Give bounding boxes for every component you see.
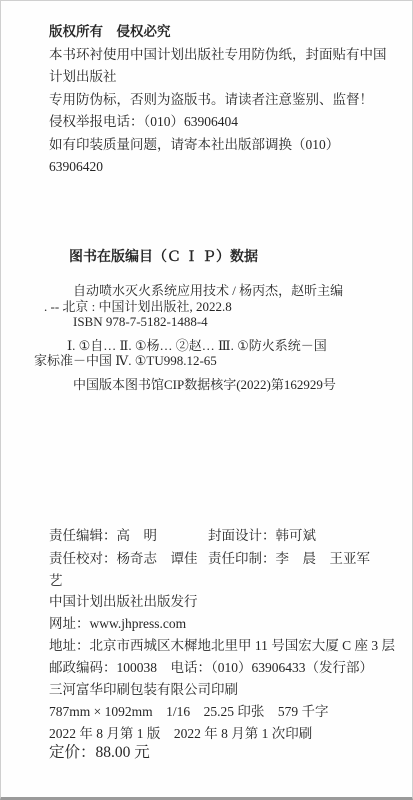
staff-row-1: 责任编辑：高 明 封面设计：韩可斌 (49, 525, 396, 548)
cip-publisher-year-line: . -- 北京 : 中国计划出版社, 2022.8 (44, 299, 396, 315)
proofreaders: 责任校对：杨奇志 谭佳艺 (49, 548, 208, 593)
price-block: 定价：88.00 元 (49, 742, 150, 764)
print-supervisors: 责任印制：李 晨 王亚军 (208, 548, 370, 593)
cip-title-authors-line: 自动喷水灭火系统应用技术 / 杨丙杰，赵昕主编 (73, 283, 396, 299)
piracy-report-phone-line: 侵权举报电话：（010）63906404 (49, 111, 388, 134)
cip-classification-line-1: Ⅰ. ①自… Ⅱ. ①杨… ②赵… Ⅲ. ①防火系统－国 (67, 338, 396, 354)
copyright-notice-heading: 版权所有 侵权必究 (49, 21, 388, 44)
editorial-staff-block: 责任编辑：高 明 封面设计：韩可斌 责任校对：杨奇志 谭佳艺 责任印制：李 晨 … (49, 525, 396, 593)
cover-designer: 封面设计：韩可斌 (208, 525, 316, 548)
publisher-info-block: 中国计划出版社出版发行 网址：www.jhpress.com 地址：北京市西城区… (49, 591, 396, 701)
book-colophon-page: 版权所有 侵权必究 本书环衬使用中国计划出版社专用防伪纸，封面贴有中国计划出版社… (0, 0, 413, 800)
anti-counterfeit-line-2: 专用防伪标，否则为盗版书。请读者注意鉴别、监督！ (49, 89, 388, 112)
publisher-name-line: 中国计划出版社出版发行 (49, 591, 396, 613)
staff-row-2: 责任校对：杨奇志 谭佳艺 责任印制：李 晨 王亚军 (49, 548, 396, 593)
printing-company-line: 三河富华印刷包装有限公司印刷 (49, 679, 396, 701)
cip-record-number-line: 中国版本图书馆CIP数据核字(2022)第162929号 (73, 377, 396, 393)
printing-spec-block: 787mm × 1092mm 1/16 25.25 印张 579 千字 2022… (49, 701, 396, 745)
cip-header: 图书在版编目（Ｃ Ｉ Ｐ）数据 (69, 249, 396, 267)
cip-data-block: 图书在版编目（Ｃ Ｉ Ｐ）数据 自动喷水灭火系统应用技术 / 杨丙杰，赵昕主编 … (1, 249, 396, 392)
copyright-notice-block: 版权所有 侵权必究 本书环衬使用中国计划出版社专用防伪纸，封面贴有中国计划出版社… (49, 21, 388, 179)
cip-isbn-line: ISBN 978-7-5182-1488-4 (73, 314, 396, 330)
responsible-editor: 责任编辑：高 明 (49, 525, 208, 548)
quality-exchange-line: 如有印装质量问题，请寄本社出版部调换（010）63906420 (49, 134, 388, 179)
publisher-address-line: 地址：北京市西城区木樨地北里甲 11 号国宏大厦 C 座 3 层 (49, 635, 396, 657)
price-line: 定价：88.00 元 (49, 742, 150, 764)
anti-counterfeit-line-1: 本书环衬使用中国计划出版社专用防伪纸，封面贴有中国计划出版社 (49, 44, 388, 89)
publisher-website-line: 网址：www.jhpress.com (49, 613, 396, 635)
cip-classification-line-2: 家标准－中国 Ⅳ. ①TU998.12-65 (34, 353, 396, 369)
format-sheets-words-line: 787mm × 1092mm 1/16 25.25 印张 579 千字 (49, 701, 396, 723)
publisher-postcode-phone-line: 邮政编码：100038 电话：（010）63906433（发行部） (49, 657, 396, 679)
